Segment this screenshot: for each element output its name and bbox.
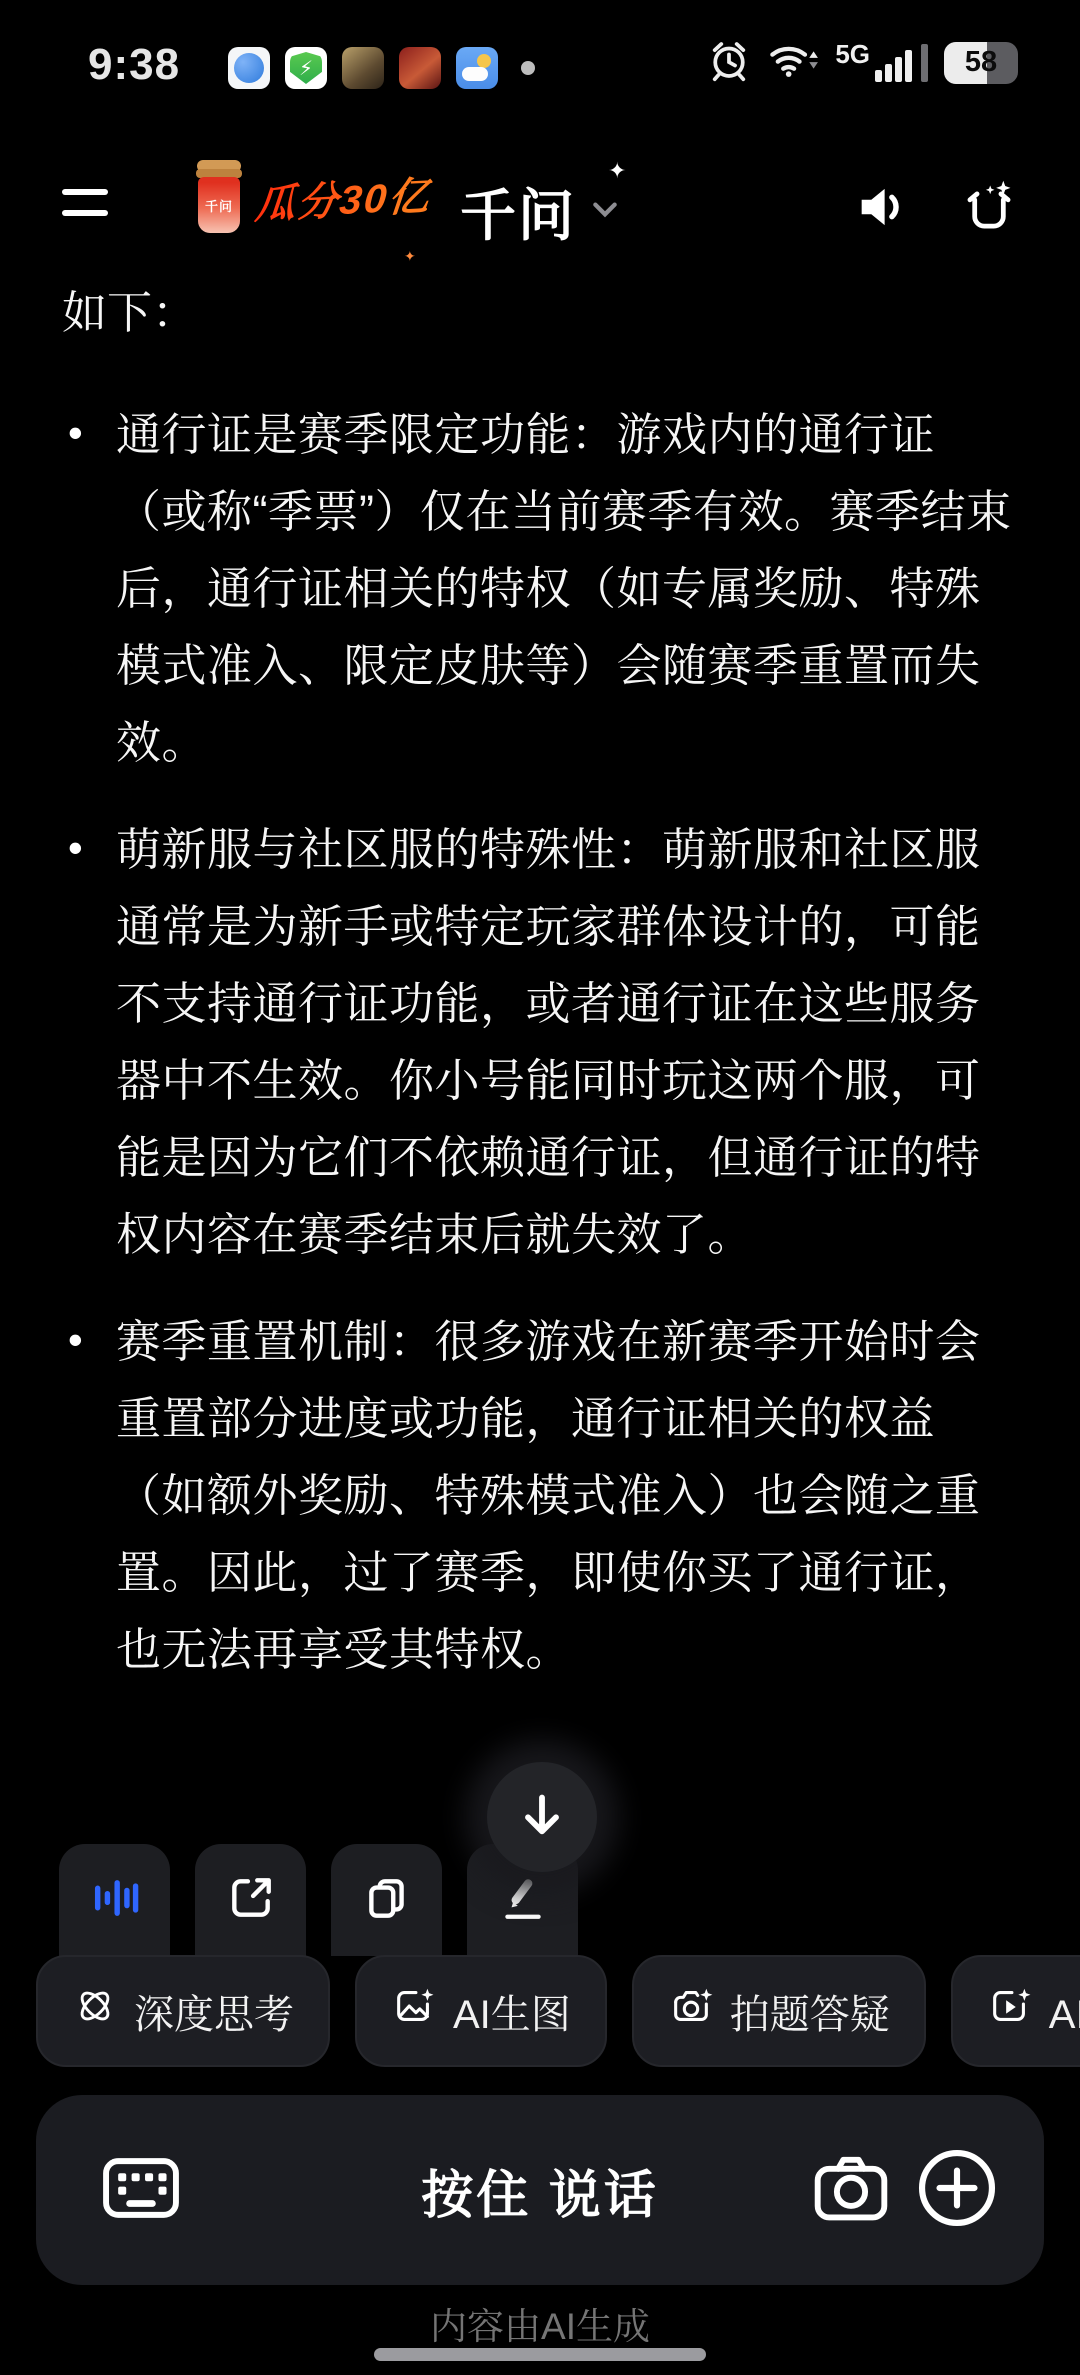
clock-time: 9:38 [88,40,180,90]
read-aloud-button[interactable] [852,178,910,241]
bullet-list: 通行证是赛季限定功能：游戏内的通行证（或称“季票”）仅在当前赛季有效。赛季结束后… [62,396,1028,1688]
bullet-item: 萌新服与社区服的特殊性：萌新服和社区服通常是为新手或特定玩家群体设计的，可能不支… [62,811,1028,1273]
voice-playing-button[interactable] [59,1844,170,1956]
weather-app-icon [456,47,498,89]
network-type-label: 5G [835,39,870,70]
notification-app-icons [228,47,535,89]
browser-app-icon [228,47,270,89]
status-bar: 9:38 5G [0,0,1080,95]
app-header: 千问 瓜分30亿 ✦ ✦ 千问 [0,158,1080,253]
chip-photo-question[interactable]: 拍题答疑 [632,1955,926,2067]
battery-indicator: 58 [944,42,1018,84]
ai-video-icon [987,1983,1033,2039]
notification-dot [521,61,535,75]
copy-button[interactable] [331,1844,442,1956]
bullet-item: 赛季重置机制：很多游戏在新赛季开始时会重置部分进度或功能，通行证相关的权益（如额… [62,1303,1028,1688]
plus-icon[interactable] [914,2145,1000,2236]
hold-to-talk-label[interactable]: 按住 说话 [36,2095,1044,2285]
page-title: 千问 [460,172,576,252]
chip-ai-video[interactable]: AI生 [951,1955,1080,2067]
game-app-icon [342,47,384,89]
status-bar-right: 5G 58 [707,38,1018,87]
response-toolbar [59,1844,578,1956]
message-intro: 如下： [62,282,1028,344]
deep-think-icon [72,1983,118,2039]
share-button[interactable] [195,1844,306,1956]
security-app-icon [285,47,327,89]
qianwen-chat-screen: 9:38 5G [0,0,1080,2375]
ai-disclaimer: 内容由AI生成 [0,2296,1080,2350]
chip-deep-think[interactable]: 深度思考 [36,1955,330,2067]
cellular-signal-icon: 5G [835,44,928,82]
pencil-icon [498,1873,548,1928]
arrow-down-icon [514,1787,570,1848]
waveform-icon [89,1872,141,1929]
wifi-icon [767,38,819,87]
suggestion-chips: 深度思考 AI生图 拍题答疑 [36,1955,1080,2069]
ai-image-icon [391,1983,437,2039]
voice-input-bar[interactable]: 按住 说话 [36,2095,1044,2285]
camera-sparkle-icon [668,1983,714,2039]
assistant-message: 如下： 通行证是赛季限定功能：游戏内的通行证（或称“季票”）仅在当前赛季有效。赛… [62,282,1028,1718]
share-sparkle-button[interactable] [958,176,1020,243]
copy-icon [362,1873,412,1928]
camera-icon[interactable] [810,2147,892,2234]
scroll-to-bottom-button[interactable] [487,1762,597,1872]
chip-ai-image[interactable]: AI生图 [355,1955,607,2067]
home-indicator[interactable] [374,2348,706,2361]
game-app-icon-2 [399,47,441,89]
share-export-icon [226,1873,276,1928]
chevron-down-icon [590,198,620,227]
alarm-icon [707,38,751,87]
bullet-item: 通行证是赛季限定功能：游戏内的通行证（或称“季票”）仅在当前赛季有效。赛季结束后… [62,396,1028,781]
battery-percent: 58 [944,42,1018,84]
